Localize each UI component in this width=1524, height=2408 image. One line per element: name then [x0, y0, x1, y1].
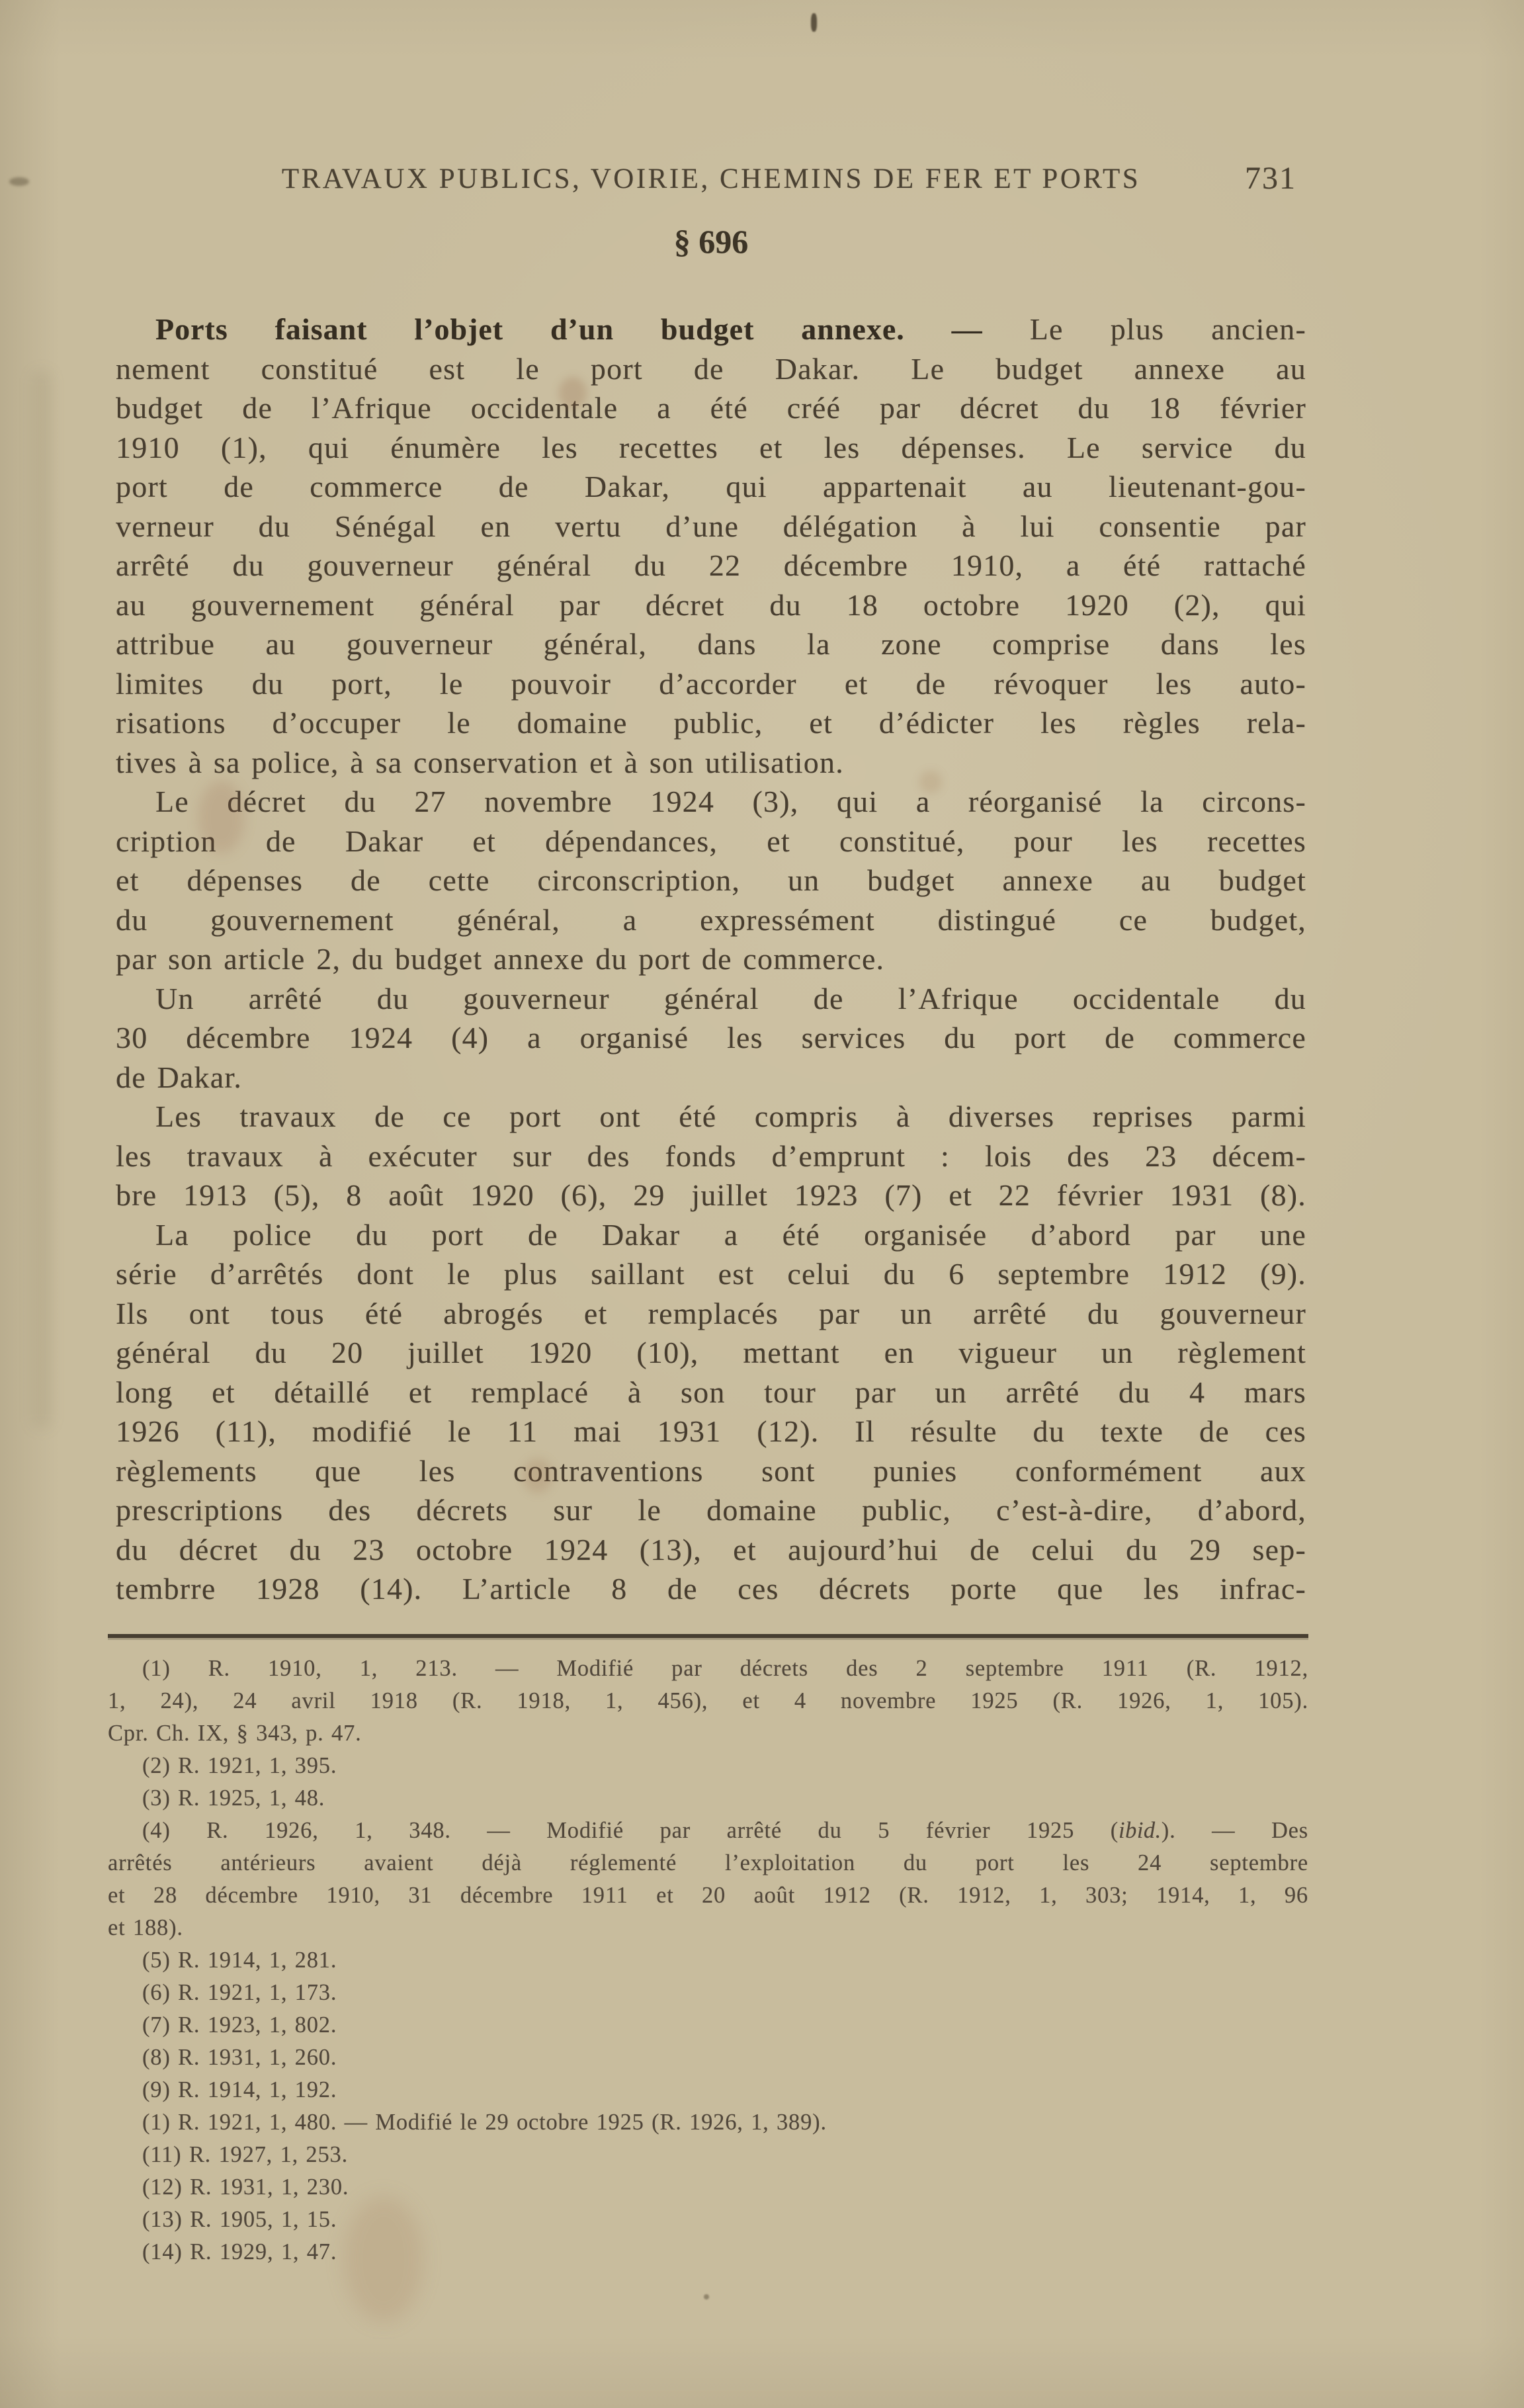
body-line: de Dakar. — [116, 1058, 1306, 1097]
body-line: tembrre 1928 (14). L’article 8 de ces dé… — [116, 1569, 1306, 1609]
body-line: Ports faisant l’objet d’un budget annexe… — [116, 310, 1306, 349]
body-line: risations d’occuper le domaine public, e… — [116, 703, 1306, 743]
ink-speck — [811, 13, 817, 32]
footnote-line: 1, 24), 24 avril 1918 (R. 1918, 1, 456),… — [108, 1685, 1308, 1717]
body-line: Ils ont tous été abrogés et remplacés pa… — [116, 1294, 1306, 1334]
body-line: verneur du Sénégal en vertu d’une déléga… — [116, 507, 1306, 546]
paper-scratch — [9, 177, 29, 186]
body-line: les travaux à exécuter sur des fonds d’e… — [116, 1137, 1306, 1176]
body-line: attribue au gouverneur général, dans la … — [116, 624, 1306, 664]
body-line: série d’arrêtés dont le plus saillant es… — [116, 1254, 1306, 1294]
footnote-line: (9) R. 1914, 1, 192. — [108, 2074, 1308, 2106]
body-line: Le décret du 27 novembre 1924 (3), qui a… — [116, 782, 1306, 822]
footnote-line: (5) R. 1914, 1, 281. — [108, 1944, 1308, 1977]
body-line: arrêté du gouverneur général du 22 décem… — [116, 546, 1306, 585]
body-line: tives à sa police, à sa conservation et … — [116, 743, 1306, 783]
body-line: La police du port de Dakar a été organis… — [116, 1215, 1306, 1255]
footnote-line: (12) R. 1931, 1, 230. — [108, 2171, 1308, 2204]
ink-speck — [704, 2294, 709, 2300]
footnote-separator-rule — [108, 1634, 1308, 1638]
page-gutter-shade — [32, 370, 52, 1429]
body-line: au gouvernement général par décret du 18… — [116, 585, 1306, 625]
body-line: général du 20 juillet 1920 (10), mettant… — [116, 1333, 1306, 1373]
page-number: 731 — [1245, 160, 1296, 196]
footnote-line: (1) R. 1910, 1, 213. — Modifié par décre… — [108, 1653, 1308, 1685]
footnote-line: (6) R. 1921, 1, 173. — [108, 1977, 1308, 2009]
body-line: du décret du 23 octobre 1924 (13), et au… — [116, 1530, 1306, 1570]
footnote-line: Cpr. Ch. IX, § 343, p. 47. — [108, 1717, 1308, 1750]
body-line: Les travaux de ce port ont été compris à… — [116, 1097, 1306, 1137]
footnote-line: (2) R. 1921, 1, 395. — [108, 1750, 1308, 1782]
footnote-line: arrêtés antérieurs avaient déjà réglemen… — [108, 1847, 1308, 1879]
body-line: port de commerce de Dakar, qui appartena… — [116, 467, 1306, 507]
body-line: 1910 (1), qui énumère les recettes et le… — [116, 428, 1306, 468]
footnotes: (1) R. 1910, 1, 213. — Modifié par décre… — [108, 1653, 1308, 2268]
body-line: cription de Dakar et dépendances, et con… — [116, 822, 1306, 861]
body-line: nement constitué est le port de Dakar. L… — [116, 349, 1306, 389]
footnote-line: (8) R. 1931, 1, 260. — [108, 2042, 1308, 2074]
italic-citation: ibid. — [1119, 1818, 1162, 1843]
footnote-line: (11) R. 1927, 1, 253. — [108, 2139, 1308, 2171]
scanned-book-page: TRAVAUX PUBLICS, VOIRIE, CHEMINS DE FER … — [0, 0, 1524, 2408]
running-title: TRAVAUX PUBLICS, VOIRIE, CHEMINS DE FER … — [116, 163, 1306, 195]
footnote-line: et 188). — [108, 1912, 1308, 1944]
body-line: 1926 (11), modifié le 11 mai 1931 (12). … — [116, 1412, 1306, 1451]
body-line: et dépenses de cette circonscription, un… — [116, 861, 1306, 900]
footnote-line: (7) R. 1923, 1, 802. — [108, 2009, 1308, 2042]
body-line: par son article 2, du budget annexe du p… — [116, 939, 1306, 979]
footnote-line: et 28 décembre 1910, 31 décembre 1911 et… — [108, 1879, 1308, 1912]
body-line: 30 décembre 1924 (4) a organisé les serv… — [116, 1018, 1306, 1058]
footnote-line: (13) R. 1905, 1, 15. — [108, 2204, 1308, 2236]
body-line: long et détaillé et remplacé à son tour … — [116, 1373, 1306, 1412]
footnote-line: (4) R. 1926, 1, 348. — Modifié par arrêt… — [108, 1815, 1308, 1847]
section-mark: § 696 — [116, 222, 1306, 261]
footnote-line: (1) R. 1921, 1, 480. — Modifié le 29 oct… — [108, 2106, 1308, 2139]
body-line: prescriptions des décrets sur le domaine… — [116, 1490, 1306, 1530]
body-line: bre 1913 (5), 8 août 1920 (6), 29 juille… — [116, 1176, 1306, 1215]
paragraph-lead-bold: Ports faisant l’objet d’un budget annexe… — [155, 312, 983, 346]
body-line: budget de l’Afrique occidentale a été cr… — [116, 388, 1306, 428]
body-text: Ports faisant l’objet d’un budget annexe… — [116, 310, 1306, 1609]
body-line: limites du port, le pouvoir d’accorder e… — [116, 664, 1306, 704]
footnote-line: (3) R. 1925, 1, 48. — [108, 1782, 1308, 1815]
body-line: du gouvernement général, a expressément … — [116, 900, 1306, 940]
body-line: Un arrêté du gouverneur général de l’Afr… — [116, 979, 1306, 1019]
body-line: règlements que les contraventions sont p… — [116, 1451, 1306, 1491]
running-head: TRAVAUX PUBLICS, VOIRIE, CHEMINS DE FER … — [116, 163, 1306, 202]
footnote-line: (14) R. 1929, 1, 47. — [108, 2236, 1308, 2268]
